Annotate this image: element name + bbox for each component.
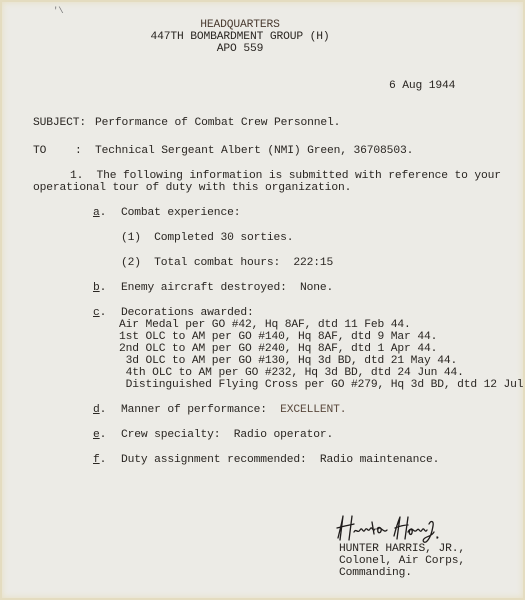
- item-f-duty-assignment: Duty assignment recommended: Radio maint…: [121, 454, 439, 466]
- item-a-label: Combat experience:: [121, 207, 240, 219]
- item-f-marker: f.: [93, 454, 106, 466]
- item-a-combat-hours: (2) Total combat hours: 222:15: [121, 257, 333, 269]
- decoration-entry: 4th OLC to AM per GO #232, Hq 3d BD, dtd…: [119, 367, 464, 379]
- document-date: 6 Aug 1944: [389, 80, 455, 92]
- stray-mark: '\: [53, 6, 64, 16]
- decoration-entry: 3d OLC to AM per GO #130, Hq 3d BD, dtd …: [119, 355, 457, 367]
- to-recipient: Technical Sergeant Albert (NMI) Green, 3…: [95, 145, 413, 157]
- to-label: TO: [33, 145, 46, 157]
- decoration-entry: Air Medal per GO #42, Hq 8AF, dtd 11 Feb…: [119, 319, 411, 331]
- letterhead-unit: 447TH BOMBARDMENT GROUP (H): [140, 31, 340, 43]
- item-e-marker: e.: [93, 429, 106, 441]
- item-d-label: Manner of performance:: [121, 404, 280, 416]
- item-b-marker: b.: [93, 282, 106, 294]
- item-a-sorties: (1) Completed 30 sorties.: [121, 232, 293, 244]
- decoration-entry: 1st OLC to AM per GO #140, Hq 8AF, dtd 9…: [119, 331, 437, 343]
- decoration-entry: 2nd OLC to AM per GO #240, Hq 8AF, dtd 1…: [119, 343, 437, 355]
- item-d-marker: d.: [93, 404, 106, 416]
- handwritten-signature: Hunter Harris Jr.: [334, 512, 454, 546]
- paragraph-1-line-2: operational tour of duty with this organ…: [33, 182, 351, 194]
- to-colon: :: [75, 145, 82, 157]
- item-b-enemy-aircraft: Enemy aircraft destroyed: None.: [121, 282, 333, 294]
- letterhead-headquarters: HEADQUARTERS: [140, 19, 340, 31]
- document-page: '\ HEADQUARTERS 447TH BOMBARDMENT GROUP …: [0, 0, 525, 600]
- decoration-entry: Distinguished Flying Cross per GO #279, …: [119, 379, 525, 391]
- item-d-rating: EXCELLENT.: [280, 404, 346, 416]
- letterhead-apo: APO 559: [140, 43, 340, 55]
- subject-label: SUBJECT:: [33, 117, 86, 129]
- signer-role: Commanding.: [339, 567, 412, 579]
- signer-rank: Colonel, Air Corps,: [339, 555, 465, 567]
- item-c-label: Decorations awarded:: [121, 307, 254, 319]
- paragraph-1-line-1: 1. The following information is submitte…: [70, 170, 501, 182]
- item-d-performance: Manner of performance: EXCELLENT.: [121, 404, 346, 416]
- item-e-crew-specialty: Crew specialty: Radio operator.: [121, 429, 333, 441]
- subject-text: Performance of Combat Crew Personnel.: [95, 117, 340, 129]
- signer-name: HUNTER HARRIS, JR.,: [339, 543, 465, 555]
- item-a-marker: a.: [93, 207, 106, 219]
- item-c-marker: c.: [93, 307, 106, 319]
